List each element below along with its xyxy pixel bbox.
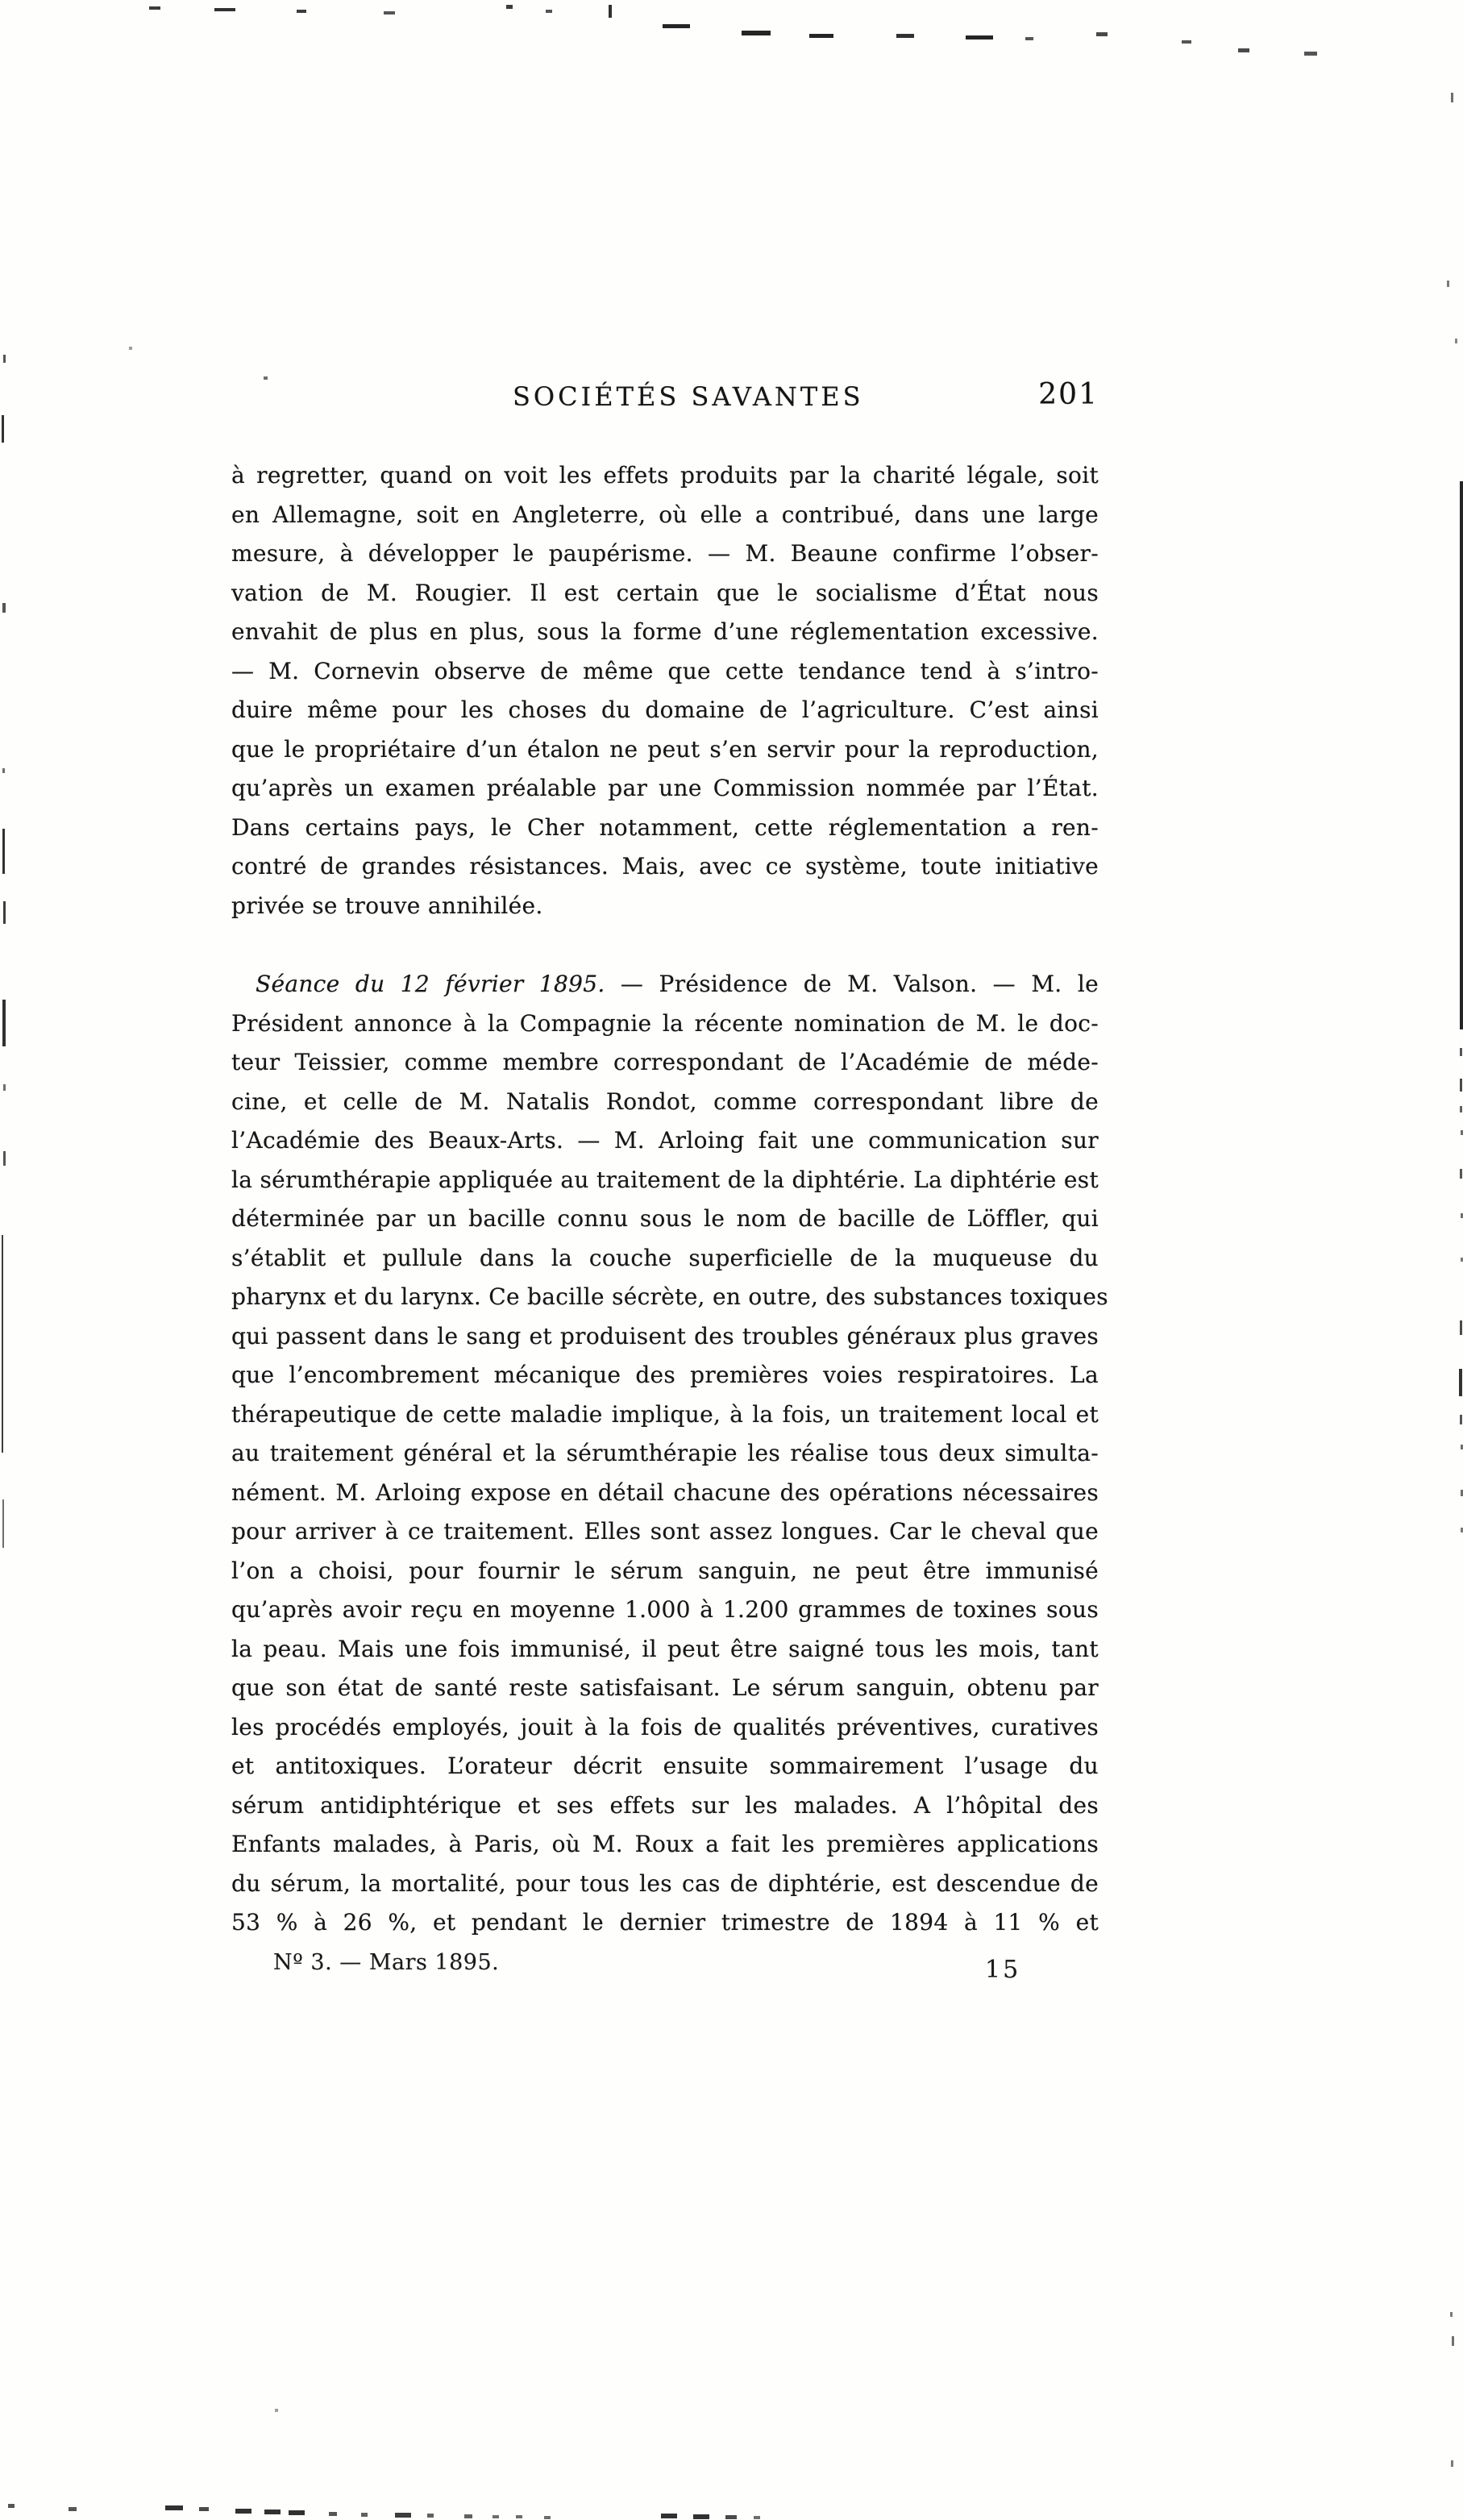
- scan-artifact-mark: [725, 2515, 737, 2519]
- seance-date-italic: Séance du 12 février 1895.: [256, 971, 605, 997]
- text-line: thérapeutique de cette maladie implique,…: [231, 1395, 1099, 1435]
- scan-artifact-mark: [546, 10, 552, 13]
- scan-artifact-mark: [329, 2512, 337, 2516]
- scan-artifact-mark: [149, 6, 160, 10]
- scan-artifact-mark: [896, 34, 914, 38]
- text-line: vation de M. Rougier. Il est certain que…: [231, 574, 1099, 613]
- scan-artifact-mark: [1460, 1169, 1462, 1179]
- text-line: mesure, à développer le paupérisme. — M.…: [231, 534, 1099, 574]
- text-line: que son état de santé reste satisfaisant…: [231, 1669, 1099, 1708]
- text-line: qui passent dans le sang et produisent d…: [231, 1317, 1099, 1357]
- scan-artifact-mark: [1452, 2336, 1454, 2346]
- text-line: Dans certains pays, le Cher notamment, c…: [231, 809, 1099, 848]
- running-head-title: SOCIÉTÉS SAVANTES: [513, 382, 864, 411]
- scan-artifact-mark: [199, 2507, 209, 2511]
- text-line: 53 % à 26 %, et pendant le dernier trime…: [231, 1903, 1099, 1943]
- text-line: l’on a choisi, pour fournir le sérum san…: [231, 1552, 1099, 1591]
- scan-artifact-mark: [1182, 40, 1191, 44]
- text-line: les procédés employés, jouit à la fois d…: [231, 1708, 1099, 1748]
- scan-artifact-mark: [1455, 339, 1457, 343]
- text-line: au traitement général et la sérumthérapi…: [231, 1434, 1099, 1474]
- scan-artifact-mark: [663, 24, 690, 28]
- scan-artifact-mark: [809, 34, 833, 38]
- text-line: à regretter, quand on voit les effets pr…: [231, 456, 1099, 496]
- text-line: cine, et celle de M. Natalis Rondot, com…: [231, 1083, 1099, 1122]
- scan-artifact-mark: [661, 2514, 677, 2518]
- scan-artifact-mark: [3, 1151, 6, 1166]
- text-line: privée se trouve annihilée.: [231, 887, 1099, 926]
- scan-artifact-mark: [361, 2513, 368, 2517]
- scan-artifact-mark: [2, 603, 6, 613]
- scan-artifact-mark: [1238, 48, 1249, 52]
- text-line: que le propriétaire d’un étalon ne peut …: [231, 730, 1099, 770]
- scan-artifact-mark: [3, 901, 6, 924]
- scan-artifact-mark: [1460, 481, 1463, 1029]
- scan-artifact-mark: [754, 2516, 760, 2519]
- scan-artifact-mark: [165, 2505, 183, 2510]
- scan-artifact-mark: [264, 376, 268, 380]
- text-line: duire même pour les choses du domaine de…: [231, 691, 1099, 730]
- scan-artifact-mark: [1025, 37, 1033, 40]
- scan-artifact-mark: [506, 5, 513, 9]
- page-number: 201: [1038, 379, 1099, 411]
- text-line: que l’encombrement mécanique des premièr…: [231, 1356, 1099, 1395]
- scan-artifact-mark: [395, 2513, 411, 2518]
- text-line: du sérum, la mortalité, pour tous les ca…: [231, 1865, 1099, 1904]
- scan-artifact-mark: [742, 31, 771, 35]
- scan-artifact-mark: [1096, 32, 1108, 36]
- scan-artifact-mark: [1304, 52, 1317, 56]
- text-line: l’Académie des Beaux-Arts. — M. Arloing …: [231, 1121, 1099, 1161]
- text-line: Enfants malades, à Paris, où M. Roux a f…: [231, 1825, 1099, 1865]
- scan-artifact-mark: [129, 347, 132, 350]
- scan-artifact-mark: [289, 2510, 305, 2515]
- scan-artifact-mark: [1460, 1079, 1462, 1092]
- scan-artifact-mark: [3, 1084, 6, 1091]
- scan-artifact-mark: [544, 2516, 551, 2519]
- text-line: qu’après un examen préalable par une Com…: [231, 769, 1099, 809]
- scan-artifact-mark: [693, 2514, 709, 2519]
- scan-artifact-mark: [1460, 1415, 1462, 1424]
- scan-artifact-mark: [235, 2509, 251, 2514]
- text-line: teur Teissier, comme membre correspondan…: [231, 1043, 1099, 1083]
- scan-artifact-mark: [275, 2409, 278, 2412]
- text-line: déterminée par un bacille connu sous le …: [231, 1200, 1099, 1239]
- scan-artifact-mark: [1450, 2312, 1453, 2317]
- text-line: — M. Cornevin observe de même que cette …: [231, 652, 1099, 692]
- scan-artifact-mark: [427, 2514, 434, 2518]
- scan-artifact-mark: [3, 355, 6, 363]
- text-line: s’établit et pullule dans la couche supe…: [231, 1239, 1099, 1279]
- text-line: Président annonce à la Compagnie la réce…: [231, 1004, 1099, 1044]
- scan-artifact-mark: [69, 2507, 77, 2511]
- scan-artifact-mark: [297, 10, 306, 13]
- footer-signature-number: 15: [985, 1956, 1020, 1985]
- scan-artifact-mark: [2, 415, 4, 443]
- text-line: sérum antidiphtérique et ses effets sur …: [231, 1786, 1099, 1826]
- scan-artifact-mark: [2, 829, 5, 874]
- scan-artifact-mark: [2, 1499, 4, 1548]
- text-line: en Allemagne, soit en Angleterre, où ell…: [231, 496, 1099, 535]
- scan-artifact-mark: [493, 2515, 499, 2518]
- scan-artifact-mark: [2, 768, 5, 773]
- scan-artifact-mark: [1451, 2460, 1453, 2467]
- scan-artifact-mark: [1460, 1106, 1462, 1112]
- text-line: la sérumthérapie appliquée au traitement…: [231, 1161, 1099, 1200]
- scan-artifact-mark: [2, 1000, 6, 1046]
- text-line: qu’après avoir reçu en moyenne 1.000 à 1…: [231, 1591, 1099, 1630]
- text-line: et antitoxiques. L’orateur décrit ensuit…: [231, 1747, 1099, 1786]
- scan-artifact-mark: [1451, 93, 1453, 102]
- scan-artifact-mark: [1459, 1369, 1462, 1396]
- footer-issue-date: Nº 3. — Mars 1895.: [273, 1949, 499, 1977]
- text-line: pharynx et du larynx. Ce bacille sécrète…: [231, 1278, 1099, 1317]
- text-line: pour arriver à ce traitement. Elles sont…: [231, 1512, 1099, 1552]
- scan-artifact-mark: [966, 35, 993, 40]
- scan-artifact-mark: [384, 11, 395, 15]
- scanned-book-page: SOCIÉTÉS SAVANTES 201 à regretter, quand…: [0, 0, 1463, 2520]
- text-line: envahit de plus en plus, sous la forme d…: [231, 613, 1099, 652]
- text-line: nément. M. Arloing expose en détail chac…: [231, 1474, 1099, 1513]
- scan-artifact-mark: [1460, 1048, 1462, 1056]
- text-line-seance-lead: Séance du 12 février 1895. — Présidence …: [231, 965, 1099, 1004]
- scan-artifact-mark: [464, 2514, 472, 2518]
- scan-artifact-mark: [8, 2504, 15, 2508]
- scan-artifact-mark: [1460, 1320, 1462, 1335]
- scan-artifact-mark: [214, 8, 235, 11]
- scan-artifact-mark: [1447, 281, 1449, 287]
- paragraph-1: à regretter, quand on voit les effets pr…: [231, 456, 1099, 925]
- text-line: contré de grandes résistances. Mais, ave…: [231, 847, 1099, 887]
- scan-artifact-mark: [264, 2510, 281, 2514]
- text-line: la peau. Mais une fois immunisé, il peut…: [231, 1630, 1099, 1670]
- paragraph-2: Séance du 12 février 1895. — Présidence …: [231, 965, 1099, 1943]
- scan-artifact-mark: [609, 5, 612, 18]
- scan-artifact-mark: [2, 1235, 3, 1453]
- seance-lead-rest: — Présidence de M. Valson. — M. le: [605, 971, 1099, 997]
- scan-artifact-mark: [516, 2515, 522, 2518]
